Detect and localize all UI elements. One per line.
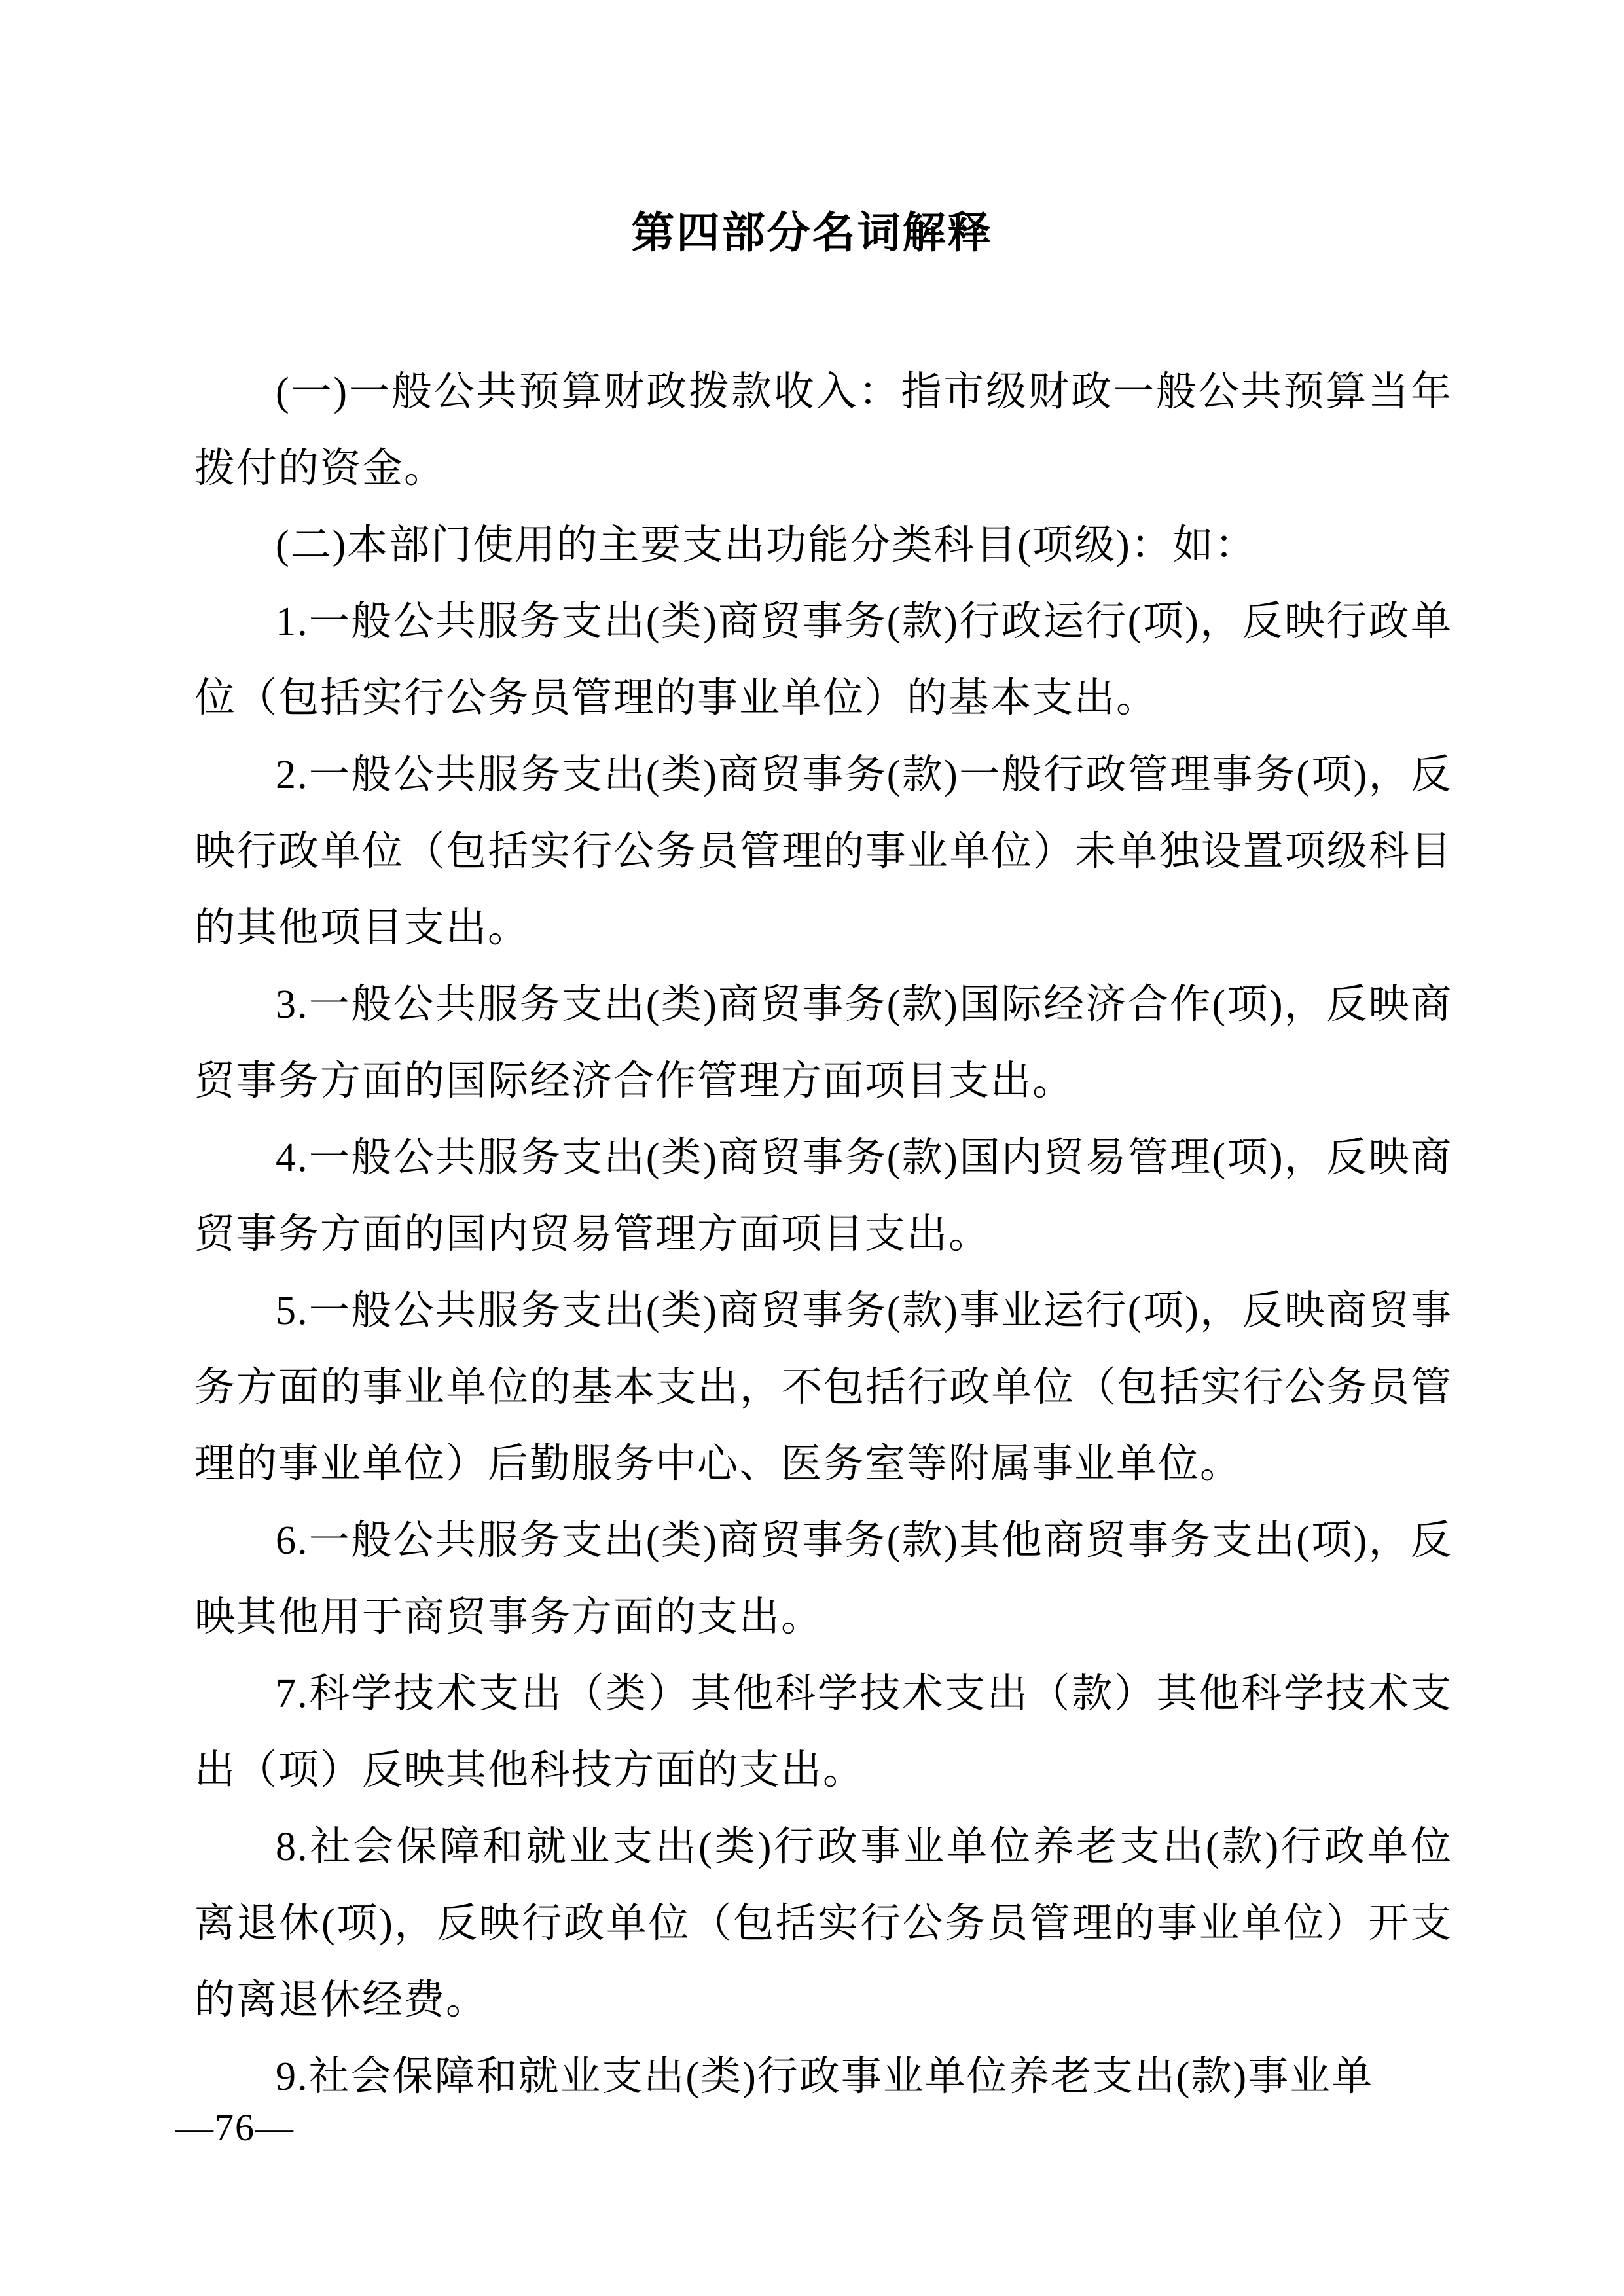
page-number: —76—	[175, 2106, 295, 2149]
document-page: 第四部分名词解释 (一)一般公共预算财政拨款收入：指市级财政一般公共预算当年拨付…	[0, 0, 1624, 2296]
paragraph: 2.一般公共服务支出(类)商贸事务(款)一般行政管理事务(项)，反映行政单位（包…	[194, 737, 1453, 967]
paragraph: (二)本部门使用的主要支出功能分类科目(项级)：如：	[194, 507, 1453, 584]
paragraph: 6.一般公共服务支出(类)商贸事务(款)其他商贸事务支出(项)，反映其他用于商贸…	[194, 1503, 1453, 1656]
page-title: 第四部分名词解释	[0, 211, 1624, 254]
body-text: (一)一般公共预算财政拨款收入：指市级财政一般公共预算当年拨付的资金。(二)本部…	[194, 354, 1453, 2115]
paragraph: 3.一般公共服务支出(类)商贸事务(款)国际经济合作(项)，反映商贸事务方面的国…	[194, 967, 1453, 1120]
paragraph: (一)一般公共预算财政拨款收入：指市级财政一般公共预算当年拨付的资金。	[194, 354, 1453, 507]
paragraph: 4.一般公共服务支出(类)商贸事务(款)国内贸易管理(项)，反映商贸事务方面的国…	[194, 1120, 1453, 1273]
paragraph: 9.社会保障和就业支出(类)行政事业单位养老支出(款)事业单	[194, 2039, 1453, 2115]
paragraph: 5.一般公共服务支出(类)商贸事务(款)事业运行(项)，反映商贸事务方面的事业单…	[194, 1273, 1453, 1503]
paragraph: 8.社会保障和就业支出(类)行政事业单位养老支出(款)行政单位离退休(项)，反映…	[194, 1809, 1453, 2039]
paragraph: 1.一般公共服务支出(类)商贸事务(款)行政运行(项)，反映行政单位（包括实行公…	[194, 584, 1453, 737]
paragraph: 7.科学技术支出（类）其他科学技术支出（款）其他科学技术支出（项）反映其他科技方…	[194, 1656, 1453, 1809]
page-footer: —76—	[175, 2109, 295, 2147]
